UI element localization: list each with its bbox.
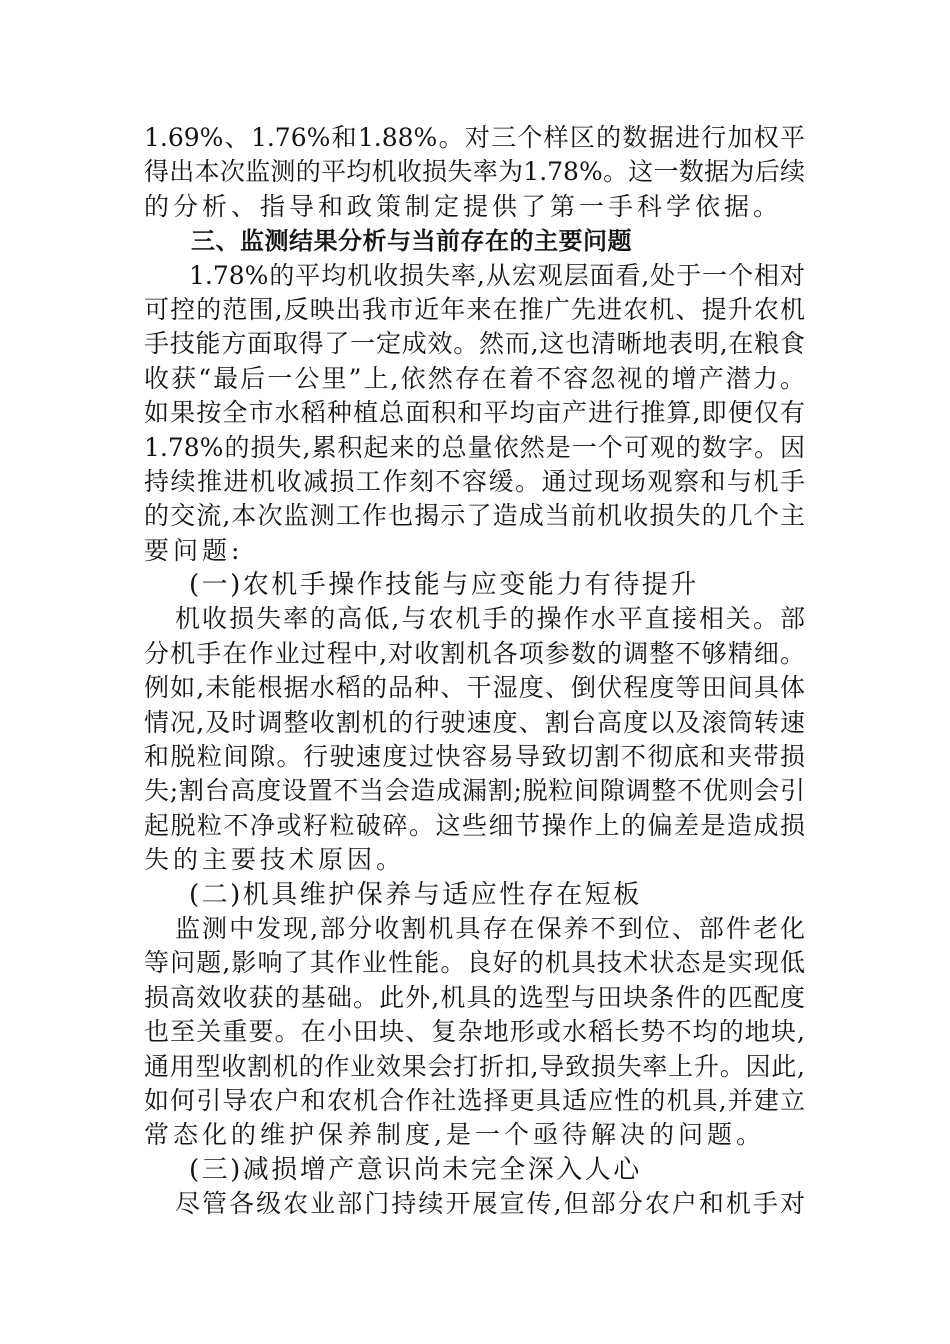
document-content: 1.69%、1.76%和1.88%。对三个样区的数据进行加权平均后,得出本次监测…	[144, 121, 805, 1222]
text-line: 机收损失率的高低,与农机手的操作水平直接相关。部	[144, 602, 805, 636]
text-line: 得出本次监测的平均机收损失率为1.78%。这一数据为后续	[144, 155, 805, 189]
text-line: 通用型收割机的作业效果会打折扣,导致损失率上升。因此,	[144, 1050, 805, 1084]
text-line: 情况,及时调整收割机的行驶速度、割台高度以及滚筒转速	[144, 706, 805, 740]
subsection-heading: (一)农机手操作技能与应变能力有待提升	[144, 568, 805, 602]
text-line: 如何引导农户和农机合作社选择更具适应性的机具,并建立	[144, 1084, 805, 1118]
subsection-heading: (三)减损增产意识尚未完全深入人心	[144, 1153, 805, 1187]
text-line: 尽管各级农业部门持续开展宣传,但部分农户和机手对	[144, 1187, 805, 1221]
text-line: 如果按全市水稻种植总面积和平均亩产进行推算,即便仅有	[144, 396, 805, 430]
text-line: 监测中发现,部分收割机具存在保养不到位、部件老化	[144, 912, 805, 946]
text-line: 可控的范围,反映出我市近年来在推广先进农机、提升农机	[144, 293, 805, 327]
text-line: 也至关重要。在小田块、复杂地形或水稻长势不均的地块,	[144, 1015, 805, 1049]
text-line: 收获“最后一公里”上,依然存在着不容忽视的增产潜力。	[144, 362, 805, 396]
text-line: 失;割台高度设置不当会造成漏割;脱粒间隙调整不优则会引	[144, 774, 805, 808]
text-line: 1.78%的平均机收损失率,从宏观层面看,处于一个相对	[144, 259, 805, 293]
text-line: 的交流,本次监测工作也揭示了造成当前机收损失的几个主	[144, 499, 805, 533]
text-line: 例如,未能根据水稻的品种、干湿度、倒伏程度等田间具体	[144, 671, 805, 705]
text-line: 分机手在作业过程中,对收割机各项参数的调整不够精细。	[144, 637, 805, 671]
text-line: 1.78%的损失,累积起来的总量依然是一个可观的数字。因此,	[144, 431, 805, 465]
text-line: 1.69%、1.76%和1.88%。对三个样区的数据进行加权平均后,	[144, 121, 805, 155]
text-line: 的分析、指导和政策制定提供了第一手科学依据。	[144, 190, 805, 224]
text-line: 要问题:	[144, 534, 805, 568]
text-line: 损高效收获的基础。此外,机具的选型与田块条件的匹配度	[144, 981, 805, 1015]
text-line: 等问题,影响了其作业性能。良好的机具技术状态是实现低	[144, 946, 805, 980]
text-line: 常态化的维护保养制度,是一个亟待解决的问题。	[144, 1118, 805, 1152]
text-line: 和脱粒间隙。行驶速度过快容易导致切割不彻底和夹带损	[144, 740, 805, 774]
text-line: 持续推进机收减损工作刻不容缓。通过现场观察和与机手	[144, 465, 805, 499]
document-page: 1.69%、1.76%和1.88%。对三个样区的数据进行加权平均后,得出本次监测…	[0, 0, 950, 1344]
subsection-heading: (二)机具维护保养与适应性存在短板	[144, 878, 805, 912]
text-line: 失的主要技术原因。	[144, 843, 805, 877]
text-line: 起脱粒不净或籽粒破碎。这些细节操作上的偏差是造成损	[144, 809, 805, 843]
section-heading: 三、监测结果分析与当前存在的主要问题	[144, 224, 805, 258]
text-line: 手技能方面取得了一定成效。然而,这也清晰地表明,在粮食	[144, 327, 805, 361]
